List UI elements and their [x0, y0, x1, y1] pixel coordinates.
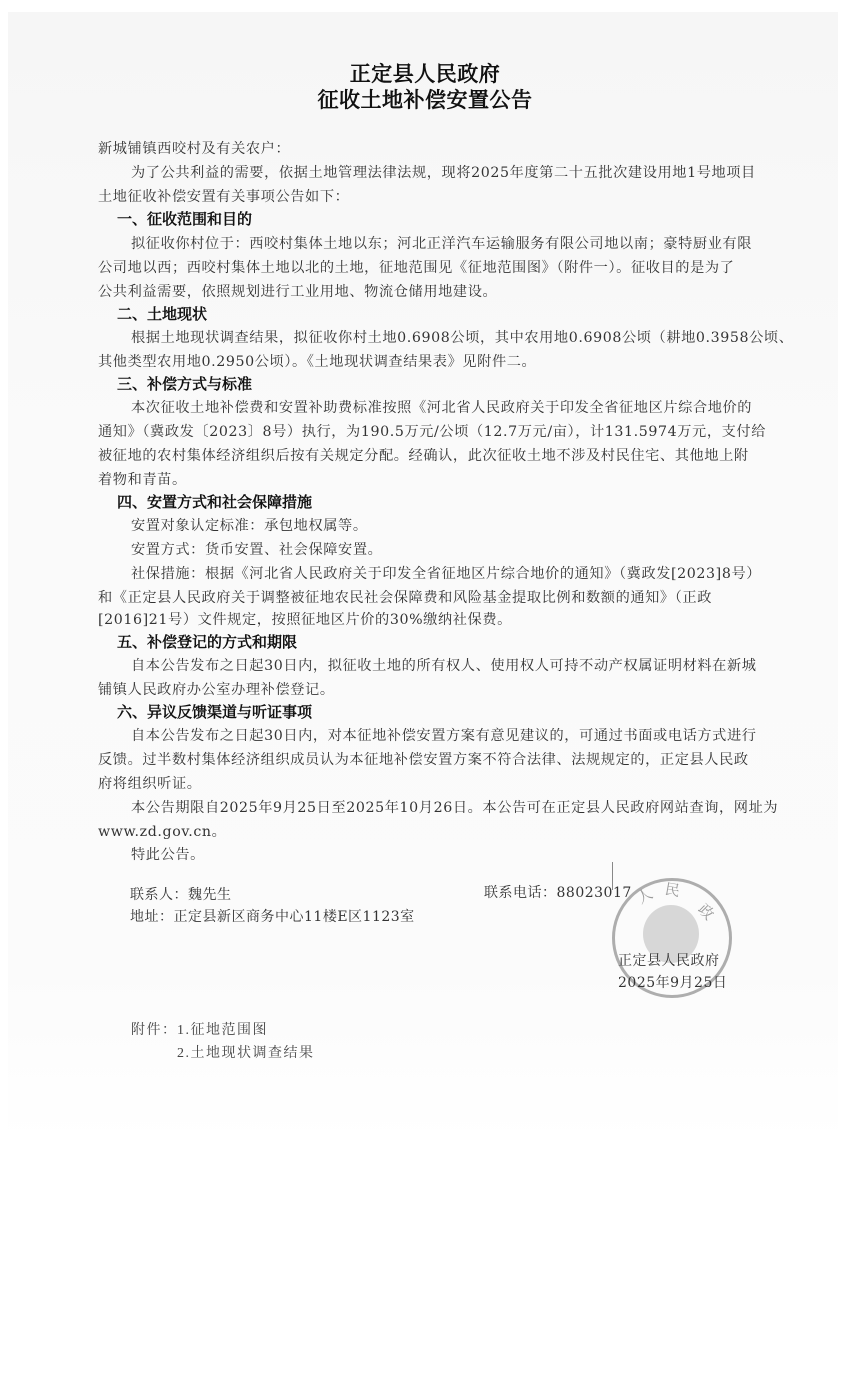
document-title: 征收土地补偿安置公告 [0, 84, 850, 114]
closing-phrase: 特此公告。 [131, 843, 788, 867]
section-1-heading: 一、征收范围和目的 [117, 207, 252, 231]
section-5-line: 自本公告发布之日起30日内，拟征收土地的所有权人、使用权人可持不动产权属证明材料… [131, 654, 788, 678]
section-3-heading: 三、补偿方式与标准 [117, 372, 252, 396]
addressee: 新城铺镇西咬村及有关农户： [98, 137, 788, 161]
section-4-line: 安置方式：货币安置、社会保障安置。 [131, 538, 788, 562]
section-1-line: 公司地以西；西咬村集体土地以北的土地，征地范围见《征地范围图》（附件一）。征收目… [98, 256, 788, 280]
section-3-line: 着物和青苗。 [98, 468, 788, 492]
section-6-heading: 六、异议反馈渠道与听证事项 [117, 700, 312, 724]
contact-phone: 联系电话：88023017 [484, 882, 632, 904]
section-4-line: [2016]21号）文件规定，按照征地区片价的30%缴纳社保费。 [98, 608, 788, 632]
section-1-line: 公共利益需要，依照规划进行工业用地、物流仓储用地建设。 [98, 280, 788, 304]
notice-period: 本公告期限自2025年9月25日至2025年10月26日。本公告可在正定县人民政… [131, 796, 788, 820]
section-4-line: 和《正定县人民政府关于调整被征地农民社会保障费和风险基金提取比例和数额的通知》（… [98, 586, 788, 610]
contact-address: 地址：正定县新区商务中心11楼E区1123室 [130, 906, 415, 928]
seal-char: 人 [633, 883, 657, 909]
section-3-line: 本次征收土地补偿费和安置补助费标准按照《河北省人民政府关于印发全省征地区片综合地… [131, 396, 788, 420]
intro-line-2: 土地征收补偿安置有关事项公告如下： [98, 185, 788, 209]
announcement-page: 正定县人民政府 征收土地补偿安置公告 新城铺镇西咬村及有关农户： 为了公共利益的… [0, 0, 850, 1400]
attachment-item: 1.征地范围图 [177, 1020, 268, 1042]
section-3-line: 通知》（冀政发〔2023〕8号）执行，为190.5万元/公顷（12.7万元/亩）… [98, 420, 788, 444]
section-2-heading: 二、土地现状 [117, 302, 207, 326]
seal-char: 民 [663, 878, 681, 901]
section-2-line: 其他类型农用地0.2950公顷）。《土地现状调查结果表》见附件二。 [98, 350, 788, 374]
attachment-item: 2.土地现状调查结果 [177, 1043, 315, 1065]
section-4-line: 安置对象认定标准：承包地权属等。 [131, 514, 788, 538]
section-4-heading: 四、安置方式和社会保障措施 [117, 490, 312, 514]
intro-line-1: 为了公共利益的需要，依据土地管理法律法规，现将2025年度第二十五批次建设用地1… [131, 161, 788, 185]
scan-mark-line [612, 862, 613, 890]
section-6-line: 府将组织听证。 [98, 772, 788, 796]
attachments-label: 附件： [131, 1020, 178, 1042]
seal-char: 政 [694, 899, 719, 924]
section-2-line: 根据土地现状调查结果，拟征收你村土地0.6908公顷，其中农用地0.6908公顷… [131, 326, 788, 350]
section-3-line: 被征地的农村集体经济组织后按有关规定分配。经确认，此次征收土地不涉及村民住宅、其… [98, 444, 788, 468]
section-1-line: 拟征收你村位于：西咬村集体土地以东；河北正洋汽车运输服务有限公司地以南；豪特厨业… [131, 232, 788, 256]
section-4-line: 社保措施：根据《河北省人民政府关于印发全省征地区片综合地价的通知》（冀政发[20… [131, 562, 788, 586]
contact-person: 联系人：魏先生 [130, 884, 232, 906]
website-url: www.zd.gov.cn。 [98, 820, 788, 844]
section-6-line: 自本公告发布之日起30日内，对本征地补偿安置方案有意见建议的，可通过书面或电话方… [131, 724, 788, 748]
section-5-heading: 五、补偿登记的方式和期限 [117, 630, 297, 654]
issuer-signature: 正定县人民政府 [618, 950, 720, 972]
issue-date: 2025年9月25日 [618, 972, 727, 994]
section-5-line: 铺镇人民政府办公室办理补偿登记。 [98, 678, 788, 702]
section-6-line: 反馈。过半数村集体经济组织成员认为本征地补偿安置方案不符合法律、法规规定的，正定… [98, 748, 788, 772]
